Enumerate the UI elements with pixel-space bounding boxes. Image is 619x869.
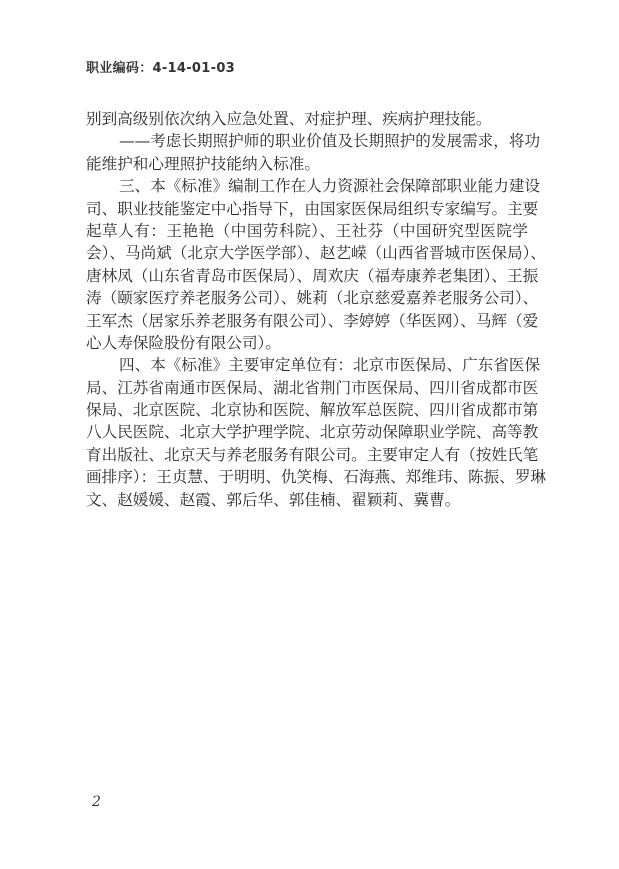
document-body: 别到高级别依次纳入应急处置、对症护理、疾病护理技能。 ——考虑长期照护师的职业价…	[86, 108, 528, 511]
text-line: ——考虑长期照护师的职业价值及长期照护的发展需求，将功	[86, 130, 528, 152]
text-line: 四、本《标准》主要审定单位有：北京市医保局、广东省医保	[86, 354, 528, 376]
text-line: 司、职业技能鉴定中心指导下，由国家医保局组织专家编写。主要	[86, 198, 528, 220]
text-line: 能维护和心理照护技能纳入标准。	[86, 153, 528, 175]
text-line: 起草人有：王艳艳（中国劳科院）、王社芬（中国研究型医院学	[86, 220, 528, 242]
text-line: 画排序）：王贞慧、于明明、仇笑梅、石海燕、郑维玮、陈振、罗琳	[86, 466, 528, 488]
occupation-code-header: 职业编码：4-14-01-03	[86, 57, 235, 76]
text-line: 文、赵媛媛、赵霞、郭后华、郭佳楠、翟颖莉、冀曹。	[86, 489, 528, 511]
text-line: 三、本《标准》编制工作在人力资源社会保障部职业能力建设	[86, 175, 528, 197]
text-line: 八人民医院、北京大学护理学院、北京劳动保障职业学院、高等教	[86, 421, 528, 443]
text-line: 育出版社、北京天与养老服务有限公司。主要审定人有（按姓氏笔	[86, 444, 528, 466]
text-line: 会）、马尚斌（北京大学医学部）、赵艺嵘（山西省晋城市医保局）、	[86, 242, 528, 264]
text-line: 唐林凤（山东省青岛市医保局）、周欢庆（福寿康养老集团）、王振	[86, 265, 528, 287]
text-line: 别到高级别依次纳入应急处置、对症护理、疾病护理技能。	[86, 108, 528, 130]
text-line: 涛（颐家医疗养老服务公司）、姚莉（北京慈爱嘉养老服务公司）、	[86, 287, 528, 309]
text-line: 局、江苏省南通市医保局、湖北省荆门市医保局、四川省成都市医	[86, 377, 528, 399]
text-line: 保局、北京医院、北京协和医院、解放军总医院、四川省成都市第	[86, 399, 528, 421]
text-line: 心人寿保险股份有限公司）。	[86, 332, 528, 354]
text-line: 王军杰（居家乐养老服务有限公司）、李婷婷（华医网）、马辉（爱	[86, 310, 528, 332]
page-number: 2	[92, 794, 101, 810]
